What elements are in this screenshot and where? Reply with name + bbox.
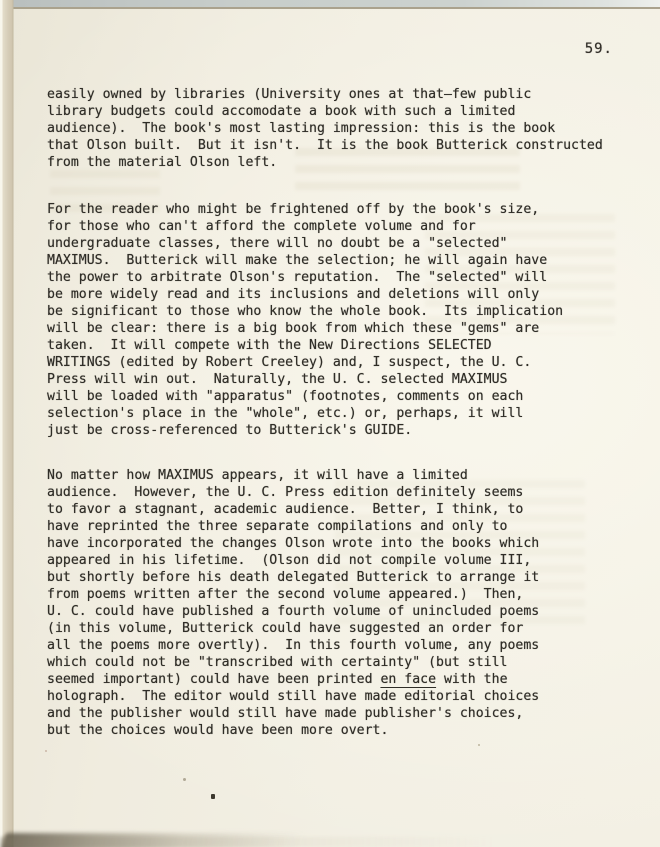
ink-speck xyxy=(478,744,480,746)
paragraph-1: easily owned by libraries (University on… xyxy=(47,86,622,171)
ink-speck xyxy=(45,750,47,752)
scan-bottom-shadow xyxy=(0,837,660,847)
scan-top-edge xyxy=(0,0,660,9)
ink-speck xyxy=(183,778,186,781)
paragraph-3: No matter how MAXIMUS appears, it will h… xyxy=(47,467,622,739)
paragraph-2: For the reader who might be frightened o… xyxy=(47,201,622,439)
book-gutter-edge xyxy=(0,0,14,847)
typewritten-text: easily owned by libraries (University on… xyxy=(47,86,622,739)
scanned-manuscript-page: 59. easily owned by libraries (Universit… xyxy=(0,0,660,847)
page-number: 59. xyxy=(585,41,613,57)
ink-speck xyxy=(211,794,215,799)
